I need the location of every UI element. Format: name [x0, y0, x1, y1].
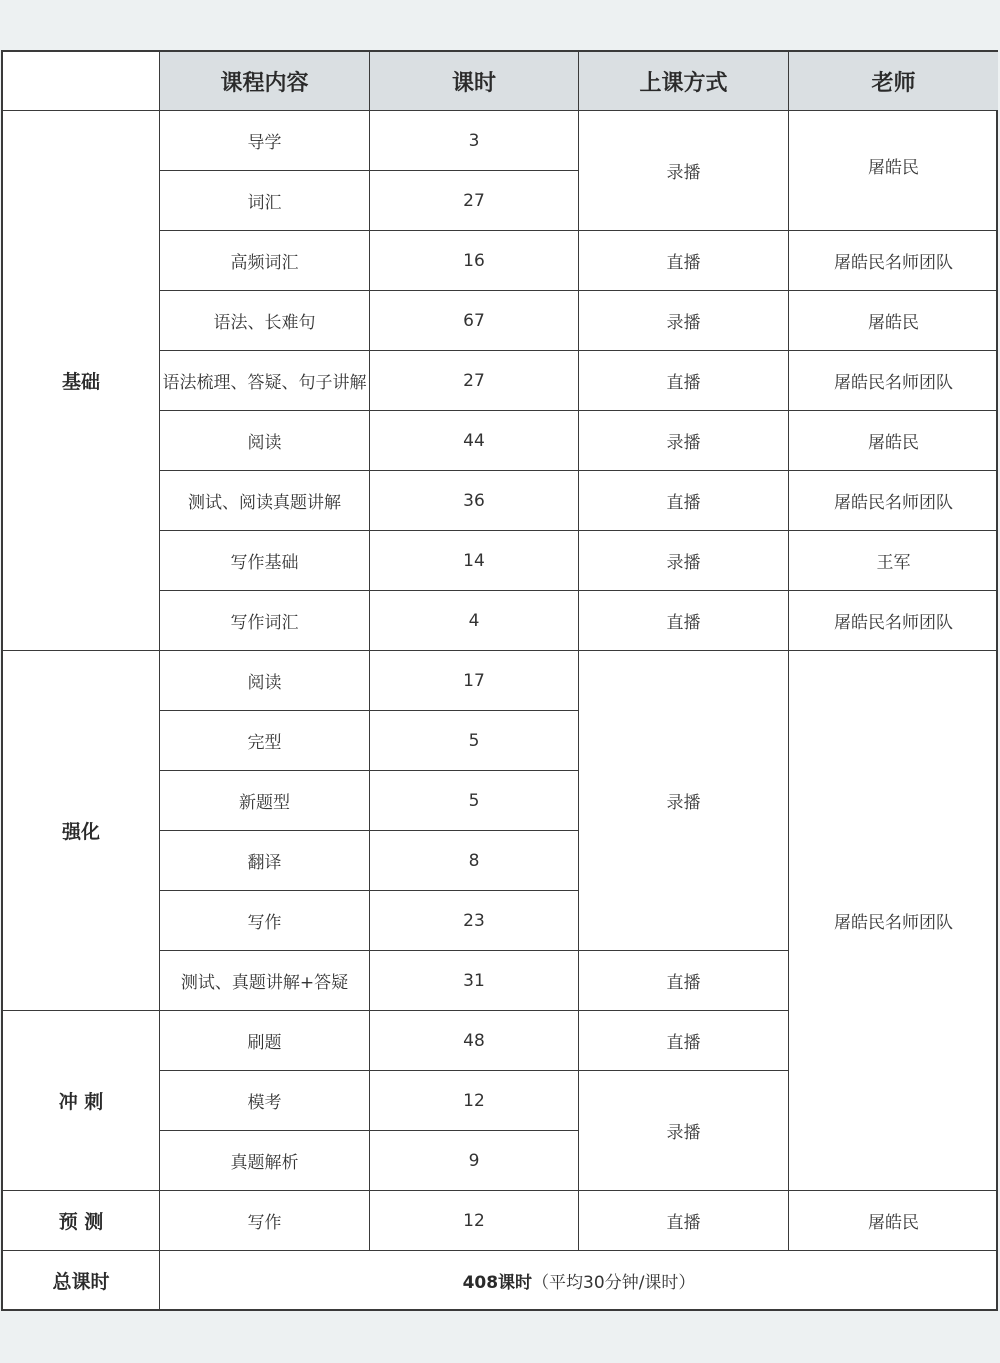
- content-cell: 写作词汇: [160, 591, 370, 651]
- content-cell: 完型: [160, 711, 370, 771]
- hours-cell: 12: [370, 1191, 579, 1251]
- hours-cell: 4: [370, 591, 579, 651]
- teacher-cell: 屠皓民: [789, 291, 998, 351]
- header-teacher: 老师: [789, 52, 998, 111]
- hours-cell: 36: [370, 471, 579, 531]
- teacher-cell: 屠皓民: [789, 111, 998, 231]
- content-cell: 测试、阅读真题讲解: [160, 471, 370, 531]
- method-cell: 录播: [579, 1071, 789, 1191]
- header-content: 课程内容: [160, 52, 370, 111]
- content-cell: 真题解析: [160, 1131, 370, 1191]
- hours-cell: 12: [370, 1071, 579, 1131]
- method-cell: 直播: [579, 471, 789, 531]
- method-cell: 直播: [579, 231, 789, 291]
- teacher-cell: 屠皓民名师团队: [789, 231, 998, 291]
- content-cell: 阅读: [160, 411, 370, 471]
- header-method: 上课方式: [579, 52, 789, 111]
- hours-cell: 9: [370, 1131, 579, 1191]
- content-cell: 翻译: [160, 831, 370, 891]
- content-cell: 写作基础: [160, 531, 370, 591]
- teacher-cell: 屠皓民: [789, 1191, 998, 1251]
- total-value-cell: 408课时（平均30分钟/课时）: [160, 1251, 998, 1309]
- teacher-cell: 屠皓民名师团队: [789, 591, 998, 651]
- hours-cell: 5: [370, 771, 579, 831]
- content-cell: 阅读: [160, 651, 370, 711]
- teacher-cell: 王军: [789, 531, 998, 591]
- teacher-cell: 屠皓民: [789, 411, 998, 471]
- hours-cell: 67: [370, 291, 579, 351]
- course-schedule-table: 课程内容 课时 上课方式 老师 基础 强化 冲 刺 预 测 导学 3 词汇 27…: [1, 50, 998, 1311]
- hours-cell: 31: [370, 951, 579, 1011]
- content-cell: 词汇: [160, 171, 370, 231]
- method-cell: 直播: [579, 351, 789, 411]
- hours-cell: 16: [370, 231, 579, 291]
- content-cell: 写作: [160, 891, 370, 951]
- total-note: （平均30分钟/课时）: [532, 1268, 695, 1293]
- method-cell: 录播: [579, 531, 789, 591]
- hours-cell: 3: [370, 111, 579, 171]
- content-cell: 新题型: [160, 771, 370, 831]
- method-cell: 直播: [579, 951, 789, 1011]
- hours-cell: 27: [370, 351, 579, 411]
- method-cell: 录播: [579, 651, 789, 951]
- header-hours: 课时: [370, 52, 579, 111]
- hours-cell: 5: [370, 711, 579, 771]
- header-corner: [3, 52, 160, 111]
- category-predict: 预 测: [3, 1191, 160, 1251]
- hours-cell: 44: [370, 411, 579, 471]
- method-cell: 直播: [579, 1011, 789, 1071]
- content-cell: 写作: [160, 1191, 370, 1251]
- content-cell: 刷题: [160, 1011, 370, 1071]
- teacher-cell: 屠皓民名师团队: [789, 651, 998, 1191]
- content-cell: 导学: [160, 111, 370, 171]
- content-cell: 高频词汇: [160, 231, 370, 291]
- hours-cell: 48: [370, 1011, 579, 1071]
- content-cell: 模考: [160, 1071, 370, 1131]
- teacher-cell: 屠皓民名师团队: [789, 351, 998, 411]
- method-cell: 录播: [579, 411, 789, 471]
- category-basic: 基础: [3, 111, 160, 651]
- content-cell: 语法梳理、答疑、句子讲解: [160, 351, 370, 411]
- method-cell: 直播: [579, 1191, 789, 1251]
- total-hours: 408课时: [463, 1268, 533, 1293]
- teacher-cell: 屠皓民名师团队: [789, 471, 998, 531]
- hours-cell: 27: [370, 171, 579, 231]
- content-cell: 测试、真题讲解+答疑: [160, 951, 370, 1011]
- hours-cell: 17: [370, 651, 579, 711]
- total-label: 总课时: [3, 1251, 160, 1309]
- hours-cell: 14: [370, 531, 579, 591]
- category-sprint: 冲 刺: [3, 1011, 160, 1191]
- method-cell: 录播: [579, 291, 789, 351]
- method-cell: 录播: [579, 111, 789, 231]
- hours-cell: 23: [370, 891, 579, 951]
- category-intensive: 强化: [3, 651, 160, 1011]
- content-cell: 语法、长难句: [160, 291, 370, 351]
- hours-cell: 8: [370, 831, 579, 891]
- method-cell: 直播: [579, 591, 789, 651]
